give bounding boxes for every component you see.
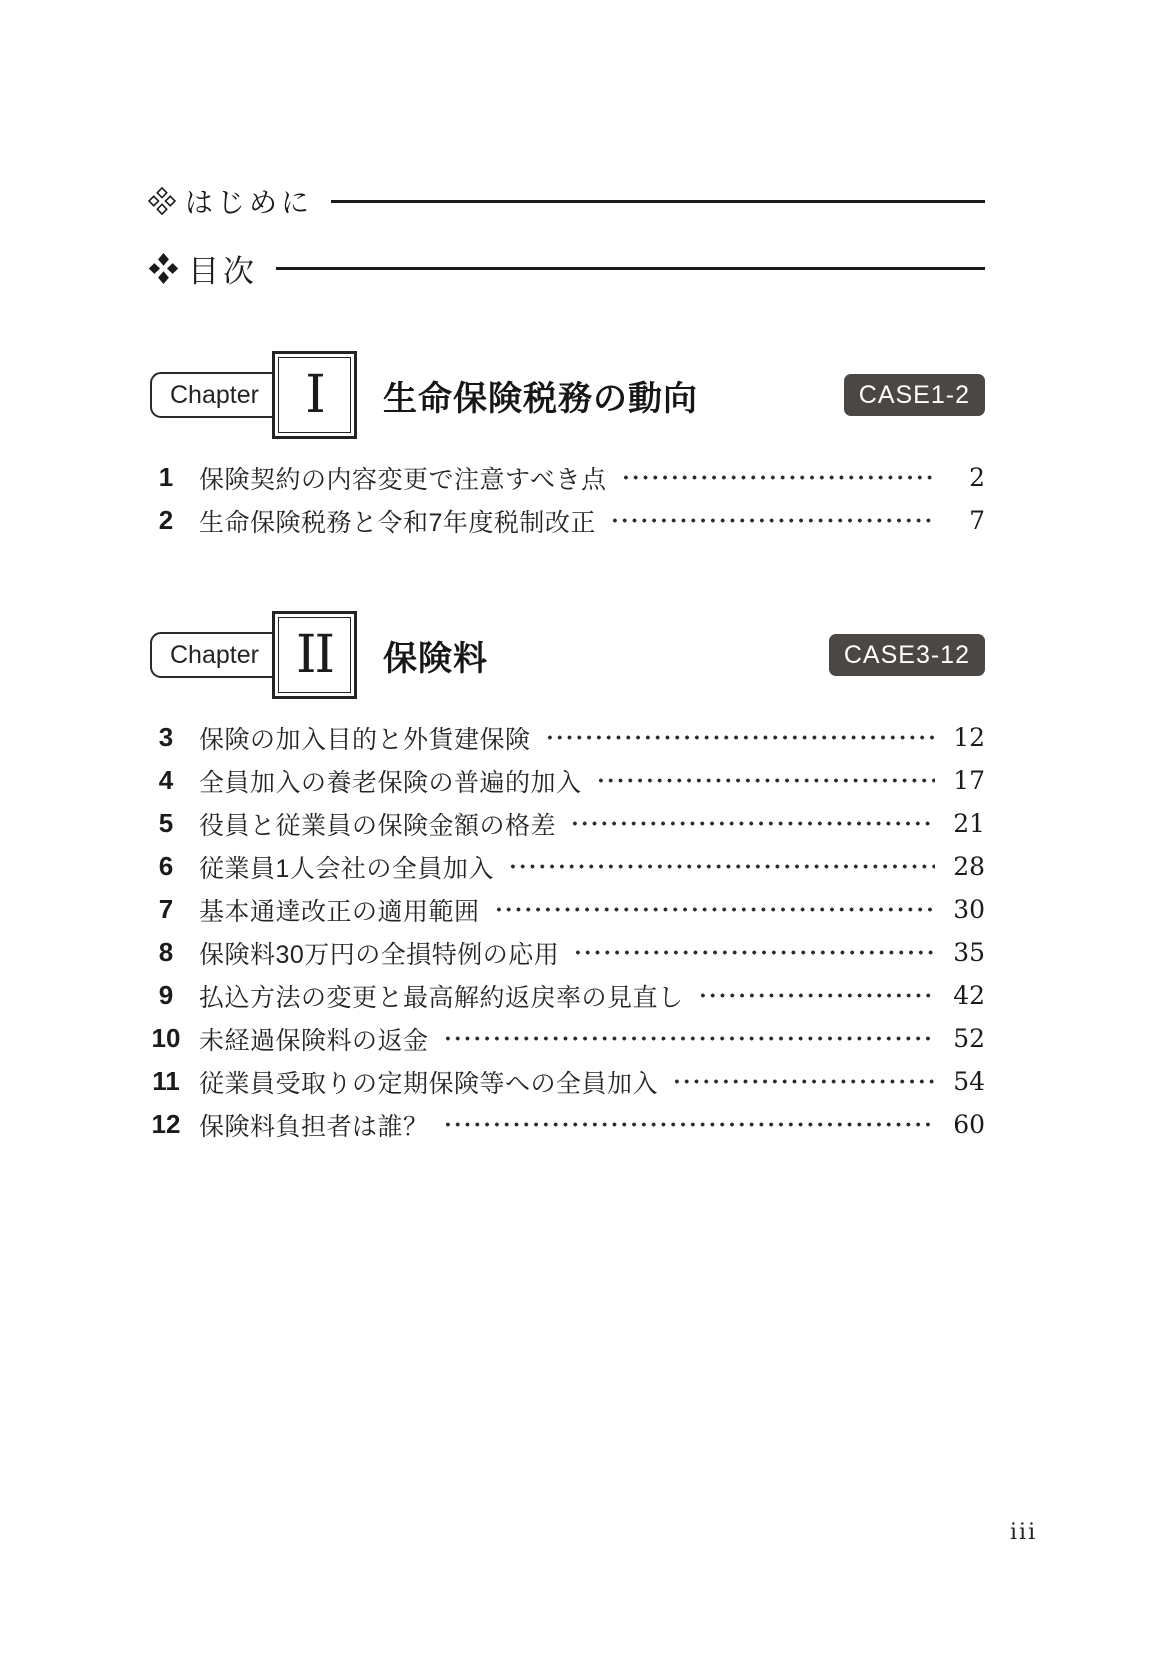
toc-page-number: 42	[943, 981, 985, 1010]
toc-page-number: 7	[943, 506, 985, 535]
filled-diamond-cluster-icon	[148, 253, 179, 284]
chapter-2-title: 保険料	[383, 611, 488, 699]
toc-page-number: 17	[943, 766, 985, 795]
toc-dots-leader	[672, 1060, 935, 1103]
chapter-1-toc-list: 1 保険契約の内容変更で注意すべき点 2 2 生命保険税務と令和7年度税制改正 …	[148, 456, 985, 542]
toc-heading-label: 目次	[188, 246, 258, 291]
toc-item-title: 未経過保険料の返金	[199, 1021, 429, 1057]
chapter-1-tab-label: Chapter	[170, 381, 259, 410]
intro-heading-rule	[331, 200, 985, 203]
toc-row: 2 生命保険税務と令和7年度税制改正 7	[148, 499, 985, 542]
toc-dots-leader	[443, 1103, 935, 1146]
toc-dots-leader	[494, 888, 935, 931]
toc-dots-leader	[610, 499, 935, 542]
toc-page-number: 21	[943, 809, 985, 838]
toc-page: はじめに 目次 Chapter I 生命保険税務の動向 CASE1-2	[0, 0, 1166, 1654]
toc-dots-leader	[443, 1017, 935, 1060]
toc-row: 10 未経過保険料の返金 52	[148, 1017, 985, 1060]
chapter-2-tab-label: Chapter	[170, 641, 259, 670]
toc-dots-leader	[596, 759, 935, 802]
toc-row: 8 保険料30万円の全損特例の応用 35	[148, 931, 985, 974]
toc-page-number: 12	[943, 723, 985, 752]
toc-row: 4 全員加入の養老保険の普遍的加入 17	[148, 759, 985, 802]
toc-item-title: 役員と従業員の保険金額の格差	[199, 806, 556, 842]
chapter-1-tab: Chapter	[150, 372, 284, 418]
toc-item-title: 保険料負担者は誰？	[199, 1107, 429, 1143]
toc-row: 3 保険の加入目的と外貨建保険 12	[148, 716, 985, 759]
toc-item-title: 払込方法の変更と最高解約返戻率の見直し	[199, 978, 684, 1014]
toc-item-number: 1	[148, 462, 184, 493]
chapter-1-title: 生命保険税務の動向	[383, 351, 698, 439]
toc-dots-leader	[545, 716, 935, 759]
chapter-2-header: Chapter II 保険料 CASE3-12	[150, 611, 985, 699]
toc-row: 6 従業員1人会社の全員加入 28	[148, 845, 985, 888]
toc-item-number: 12	[148, 1109, 184, 1140]
toc-item-number: 5	[148, 808, 184, 839]
toc-page-number: 52	[943, 1024, 985, 1053]
toc-item-title: 従業員受取りの定期保険等への全員加入	[199, 1064, 658, 1100]
toc-item-number: 11	[148, 1066, 184, 1097]
chapter-2-tab: Chapter	[150, 632, 284, 678]
toc-row: 7 基本通達改正の適用範囲 30	[148, 888, 985, 931]
chapter-1-numeral: I	[278, 357, 351, 433]
chapter-2-numeral-box: II	[272, 611, 357, 699]
toc-dots-leader	[621, 456, 935, 499]
toc-row: 5 役員と従業員の保険金額の格差 21	[148, 802, 985, 845]
toc-item-title: 基本通達改正の適用範囲	[199, 892, 480, 928]
toc-page-number: 28	[943, 852, 985, 881]
toc-dots-leader	[570, 802, 935, 845]
toc-item-title: 全員加入の養老保険の普遍的加入	[199, 763, 582, 799]
toc-item-number: 3	[148, 722, 184, 753]
toc-dots-leader	[573, 931, 935, 974]
outline-diamond-cluster-icon	[148, 187, 176, 215]
toc-heading-rule	[276, 267, 985, 270]
chapter-1-case-badge: CASE1-2	[844, 374, 985, 416]
intro-heading: はじめに	[148, 183, 985, 219]
toc-item-number: 9	[148, 980, 184, 1011]
toc-item-number: 2	[148, 505, 184, 536]
intro-heading-label: はじめに	[185, 181, 313, 221]
toc-dots-leader	[698, 974, 935, 1017]
toc-row: 1 保険契約の内容変更で注意すべき点 2	[148, 456, 985, 499]
toc-item-title: 保険料30万円の全損特例の応用	[199, 935, 559, 971]
toc-row: 9 払込方法の変更と最高解約返戻率の見直し 42	[148, 974, 985, 1017]
toc-item-number: 6	[148, 851, 184, 882]
toc-row: 12 保険料負担者は誰？ 60	[148, 1103, 985, 1146]
toc-page-number: 30	[943, 895, 985, 924]
toc-dots-leader	[508, 845, 935, 888]
toc-page-number: 60	[943, 1110, 985, 1139]
chapter-2-toc-list: 3 保険の加入目的と外貨建保険 12 4 全員加入の養老保険の普遍的加入 17 …	[148, 716, 985, 1146]
chapter-2-numeral: II	[278, 617, 351, 693]
chapter-1-numeral-box: I	[272, 351, 357, 439]
toc-row: 11 従業員受取りの定期保険等への全員加入 54	[148, 1060, 985, 1103]
toc-page-number: 35	[943, 938, 985, 967]
footer-page-number: iii	[1010, 1520, 1037, 1545]
toc-item-number: 8	[148, 937, 184, 968]
toc-item-number: 4	[148, 765, 184, 796]
chapter-2-case-badge: CASE3-12	[829, 634, 985, 676]
toc-page-number: 54	[943, 1067, 985, 1096]
toc-item-number: 10	[148, 1023, 184, 1054]
toc-item-title: 保険契約の内容変更で注意すべき点	[199, 460, 607, 496]
toc-item-title: 保険の加入目的と外貨建保険	[199, 720, 531, 756]
toc-heading: 目次	[148, 248, 985, 288]
toc-item-title: 生命保険税務と令和7年度税制改正	[199, 503, 596, 539]
toc-item-title: 従業員1人会社の全員加入	[199, 849, 494, 885]
chapter-1-header: Chapter I 生命保険税務の動向 CASE1-2	[150, 351, 985, 439]
toc-item-number: 7	[148, 894, 184, 925]
toc-page-number: 2	[943, 463, 985, 492]
